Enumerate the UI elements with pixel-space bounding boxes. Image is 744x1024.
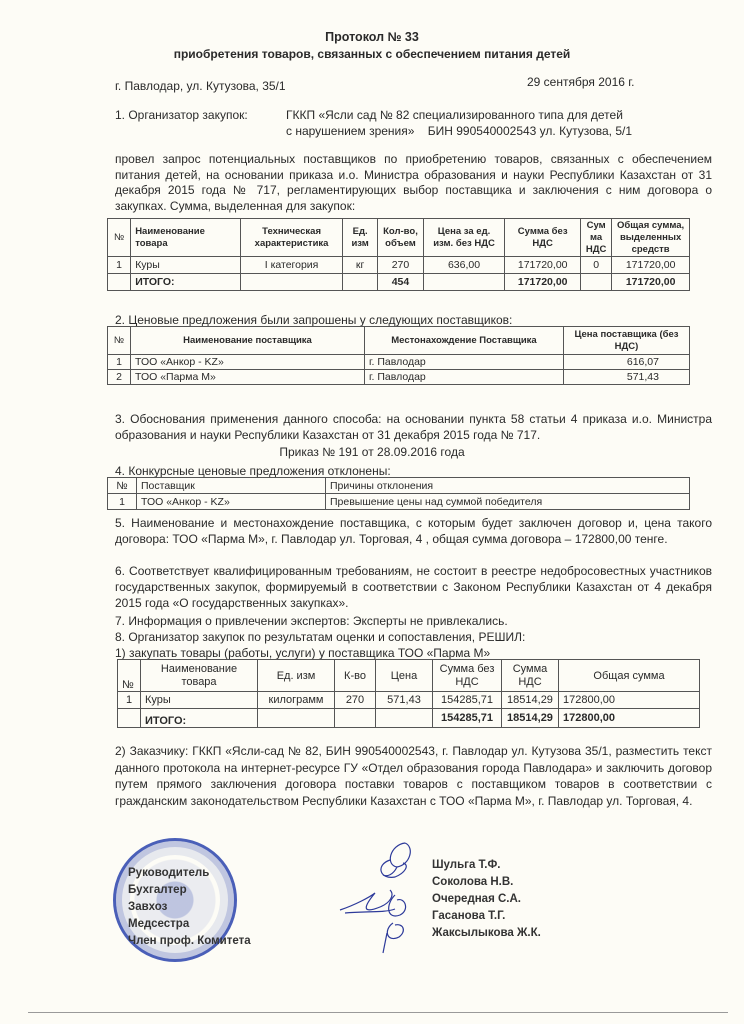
section7-text: 7. Информация о привлечении экспертов: Э… [115,613,508,629]
section6-text: 6. Соответствует квалифицированным требо… [115,563,712,611]
role-item: Медсестра [128,916,251,933]
role-item: Член проф. Комитета [128,933,251,950]
organizer-line1: ГККП «Ясли сад № 82 специализированного … [286,107,623,123]
name-item: Жаксылыкова Ж.К. [432,925,541,942]
table-total-row: ИТОГО: 454 171720,00 171720,00 [108,274,690,291]
section8-text: 8. Организатор закупок по результатам оц… [115,629,525,645]
allocated-funds-table: № Наименование товара Техническая характ… [107,218,690,291]
role-item: Завхоз [128,899,251,916]
table-row: 1 Куры килограмм 270 571,43 154285,71 18… [118,692,700,709]
table-total-row: ИТОГО: 154285,71 18514,29 172800,00 [118,709,700,728]
table-row: 1 Куры I категория кг 270 636,00 171720,… [108,257,690,274]
table-row: 1 ТОО «Анкор - KZ» Превышение цены над с… [108,494,690,510]
date: 29 сентября 2016 г. [527,74,635,90]
purchase-decision-table: № Наименование товара Ед. изм К-во Цена … [117,659,700,728]
name-item: Гасанова Т.Г. [432,908,541,925]
handwritten-signatures-icon [335,835,435,955]
role-item: Руководитель [128,865,251,882]
document-page: Протокол № 33 приобретения товаров, связ… [0,0,744,1024]
section1-paragraph: провел запрос потенциальных поставщиков … [115,152,712,214]
name-item: Соколова Н.В. [432,874,541,891]
section5-text: 5. Наименование и местонахождение постав… [115,515,712,547]
table-row: 1 ТОО «Анкор - KZ» г. Павлодар 616,07 [108,355,690,370]
order-reference: Приказ № 191 от 28.09.2016 года [0,444,744,460]
section1-label: 1. Организатор закупок: [115,107,248,123]
signature-names: Шульга Т.Ф. Соколова Н.В. Очередная С.А.… [432,857,541,942]
table-header-row: № Наименование товара Техническая характ… [108,219,690,257]
name-item: Очередная С.А. [432,891,541,908]
document-title: Протокол № 33 [0,30,744,44]
organizer-line2: с нарушением зрения» БИН 990540002543 ул… [286,123,632,139]
table-header-row: № Наименование поставщика Местонахождени… [108,327,690,355]
name-item: Шульга Т.Ф. [432,857,541,874]
section8-sub2: 2) Заказчику: ГККП «Ясли-сад № 82, БИН 9… [115,743,712,809]
document-subtitle: приобретения товаров, связанных с обеспе… [0,47,744,61]
page-edge-line [28,1012,728,1013]
role-item: Бухгалтер [128,882,251,899]
location: г. Павлодар, ул. Кутузова, 35/1 [115,78,286,94]
section3-text: 3. Обоснования применения данного способ… [115,411,712,443]
table-header-row: № Наименование товара Ед. изм К-во Цена … [118,660,700,692]
suppliers-table: № Наименование поставщика Местонахождени… [107,326,690,385]
signature-roles: Руководитель Бухгалтер Завхоз Медсестра … [128,865,251,950]
table-row: 2 ТОО «Парма М» г. Павлодар 571,43 [108,370,690,385]
table-header-row: № Поставщик Причины отклонения [108,478,690,494]
rejected-offers-table: № Поставщик Причины отклонения 1 ТОО «Ан… [107,477,690,510]
